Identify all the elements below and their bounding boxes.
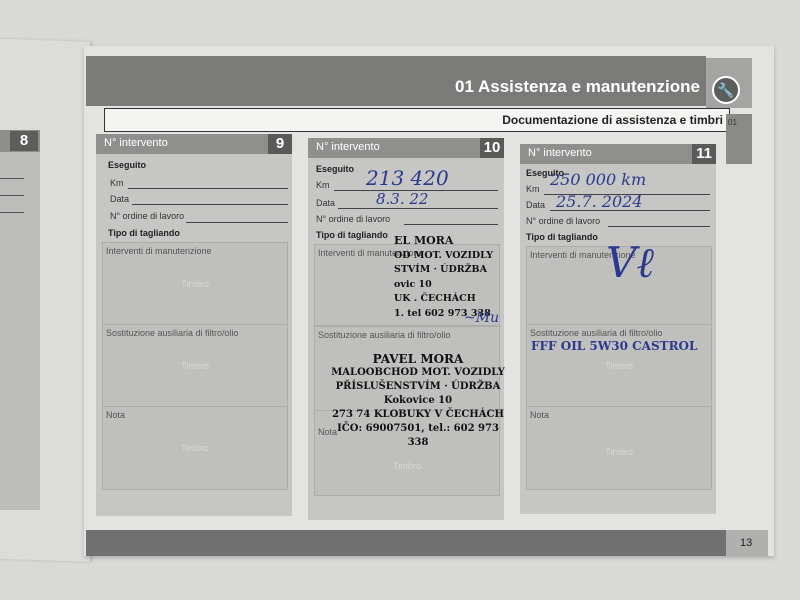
interventi-section[interactable]: Interventi di manutenzione Timbro [102,242,288,326]
form-line [0,178,24,179]
card-number: 9 [268,134,292,154]
eseguito-label: Eseguito [316,164,354,174]
sostituzione-value: FFF OIL 5W30 CASTROL [531,339,697,353]
km-field[interactable] [128,188,288,189]
signature: Vℓ [606,238,654,288]
ordine-field[interactable] [404,224,498,225]
km-label: Km [526,184,540,194]
data-field[interactable] [132,204,288,205]
data-value: 8.3. 22 [376,190,428,208]
interventi-label: Interventi di manutenzione [106,246,212,256]
timbro-placeholder: Timbro [103,361,287,371]
left-card-8 [0,130,40,510]
card-body: Eseguito Km 213 420 Data 8.3. 22 N° ordi… [308,158,504,520]
km-label: Km [316,180,330,190]
card-header: N° intervento 9 [96,134,292,154]
timbro-placeholder: Timbro [527,361,711,371]
card-header: N° intervento 10 [308,138,504,158]
nota-label: Nota [106,410,125,420]
service-card-9: N° intervento 9 Eseguito Km Data N° ordi… [96,134,292,516]
data-value: 25.7. 2024 [556,192,643,211]
footer-bar [86,530,726,556]
subtitle-box: Documentazione di assistenza e timbri [104,108,730,132]
timbro-placeholder: Timbro [103,443,287,453]
eseguito-label: Eseguito [108,160,146,170]
data-label: Data [316,198,335,208]
data-label: Data [110,194,129,204]
sostituzione-label: Sostituzione ausiliaria di filtro/olio [530,328,663,338]
section-subtitle: Documentazione di assistenza e timbri [502,113,723,127]
intervento-label: N° intervento [316,141,380,153]
left-card-number: 8 [10,131,38,151]
sostituzione-label: Sostituzione ausiliaria di filtro/olio [106,328,239,338]
timbro-placeholder: Timbro [315,461,499,471]
partial-stamp: EL MORA OD MOT. VOZIDLY STVÍM · ÚDRŽBA o… [394,234,504,321]
nota-section[interactable]: Nota Timbro [102,406,288,490]
card-number: 11 [692,144,716,164]
wrench-icon: 🔧 [712,76,740,104]
ordine-label: N° ordine di lavoro [110,211,184,221]
sostituzione-label: Sostituzione ausiliaria di filtro/olio [318,330,451,340]
card-body: Eseguito Km Data N° ordine di lavoro Tip… [96,154,292,516]
service-card-11: N° intervento 11 Eseguito Km 250 000 km … [520,144,716,514]
km-label: Km [110,178,124,188]
ordine-field[interactable] [608,226,710,227]
page-title: 01 Assistenza e manutenzione [455,77,700,97]
service-card-10: N° intervento 10 Eseguito Km 213 420 Dat… [308,138,504,520]
side-tab-label: 01 [728,118,737,127]
nota-section[interactable]: Nota Timbro [526,406,712,490]
data-label: Data [526,200,545,210]
ordine-label: N° ordine di lavoro [316,214,390,224]
intervento-label: N° intervento [104,137,168,149]
sostituzione-section[interactable]: Sostituzione ausiliaria di filtro/olio F… [526,324,712,408]
nota-label: Nota [530,410,549,420]
form-line [0,212,24,213]
dealer-stamp: PAVEL MORA MALOOBCHOD MOT. VOZIDLY PŘÍSL… [328,352,508,450]
ordine-label: N° ordine di lavoro [526,216,600,226]
timbro-placeholder: Timbro [527,447,711,457]
form-line [0,195,24,196]
card-body: Eseguito Km 250 000 km Data 25.7. 2024 N… [520,164,716,514]
intervento-label: N° intervento [528,147,592,159]
sostituzione-section[interactable]: Sostituzione ausiliaria di filtro/olio T… [102,324,288,408]
km-value: 250 000 km [550,170,646,189]
card-number: 10 [480,138,504,158]
km-value: 213 420 [366,166,449,190]
tipo-label: Tipo di tagliando [526,232,598,242]
signature: ~Mu [464,310,499,326]
tipo-label: Tipo di tagliando [316,230,388,240]
ordine-field[interactable] [186,222,288,223]
tipo-label: Tipo di tagliando [108,228,180,238]
data-field[interactable] [338,208,498,209]
page-number: 13 [740,537,752,549]
card-header: N° intervento 11 [520,144,716,164]
timbro-placeholder: Timbro [103,279,287,289]
